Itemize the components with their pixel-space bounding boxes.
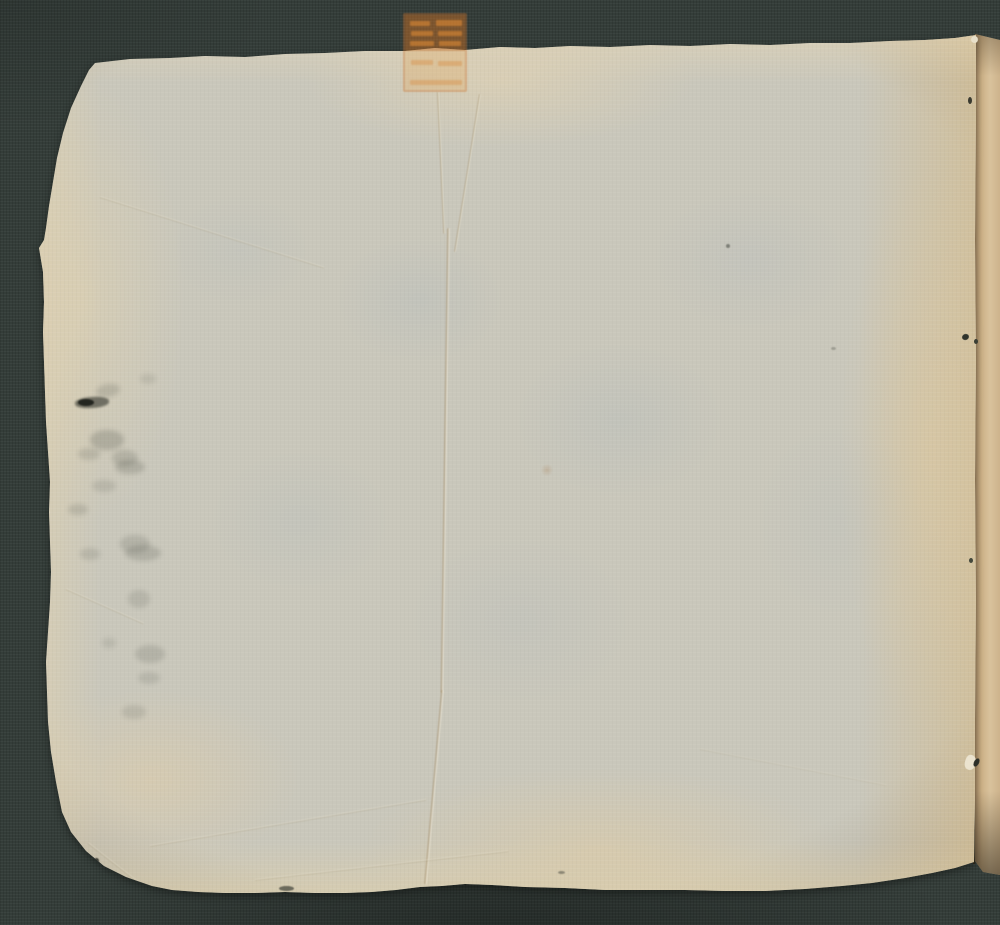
ink-smudge [115,460,145,474]
ink-smudge [140,374,156,384]
seal-glyph-stroke [438,31,462,36]
seal-glyph-stroke [438,61,462,66]
dark-speck [279,886,294,891]
stitch-hole [968,97,972,104]
ink-smudge [68,504,88,515]
paper-crease-faint [87,842,151,893]
seal-glyph-stroke [410,80,462,85]
ink-smudge [122,705,146,719]
dark-speck [831,347,836,350]
paper-crease-faint [150,799,426,847]
paper-crease-faint [700,748,887,786]
seal-glyph-stroke [411,60,433,65]
scan-background-cloth [0,0,1000,925]
paper-crease-faint [255,850,509,881]
paper-crease-main [441,228,450,693]
dark-speck [726,244,730,248]
ink-smudge [128,590,150,608]
ink-dash-core [78,399,94,406]
ink-smudge [102,638,116,648]
stitch-hole [969,558,973,563]
ink-smudge [135,645,165,663]
seal-glyph-stroke [411,31,433,36]
seal-glyph-stroke [439,41,461,46]
red-seal-stamp [403,13,467,92]
ink-smudge [80,548,100,560]
seal-over-cloth [405,15,465,51]
ink-smudge [138,672,160,684]
dark-speck [94,858,99,864]
paper-crease-faint [100,196,325,269]
seal-glyph-stroke [436,20,462,26]
seal-glyph-stroke [410,41,434,46]
ink-smudge [90,430,124,450]
page-shadow-wrap [0,0,1000,925]
paper-crease [437,92,445,234]
ink-smudge [125,545,161,561]
blank-page [0,0,1000,925]
ink-smudge [92,480,116,492]
seal-glyph-stroke [410,21,430,26]
ink-smudge [78,448,100,460]
seal-over-paper [405,51,465,90]
dark-speck [558,871,565,874]
stitch-hole [974,339,978,344]
paper-crease-main [424,690,444,885]
paper-crease [454,94,481,252]
